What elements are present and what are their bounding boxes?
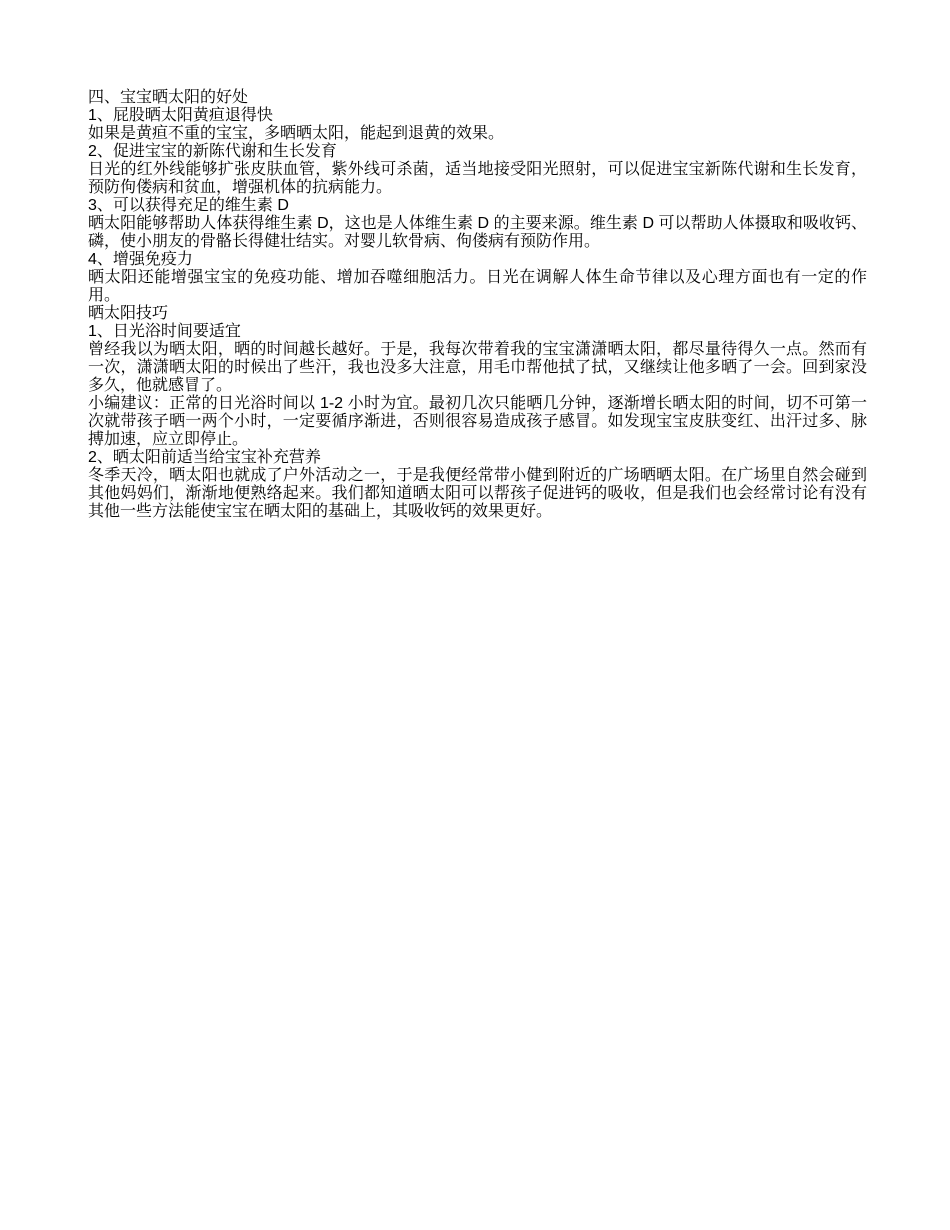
tip-2-body: 冬季天冷，晒太阳也就成了户外活动之一，于是我便经常带小健到附近的广场晒晒太阳。在…: [88, 467, 867, 521]
benefit-4-body: 晒太阳还能增强宝宝的免疫功能、增加吞噬细胞活力。日光在调解人体生命节律以及心理方…: [88, 269, 867, 305]
tip-2-heading: 2、晒太阳前适当给宝宝补充营养: [88, 449, 867, 467]
section-title-benefits: 四、宝宝晒太阳的好处: [88, 89, 867, 107]
tip-1-heading: 1、日光浴时间要适宜: [88, 323, 867, 341]
benefit-2-body: 日光的红外线能够扩张皮肤血管，紫外线可杀菌，适当地接受阳光照射，可以促进宝宝新陈…: [88, 161, 867, 197]
benefit-3-heading: 3、可以获得充足的维生素 D: [88, 197, 867, 215]
benefit-4-heading: 4、增强免疫力: [88, 251, 867, 269]
tip-1-body: 曾经我以为晒太阳，晒的时间越长越好。于是，我每次带着我的宝宝潇潇晒太阳，都尽量待…: [88, 341, 867, 395]
section-title-tips: 晒太阳技巧: [88, 305, 867, 323]
tip-1-editor-note: 小编建议：正常的日光浴时间以 1-2 小时为宜。最初几次只能晒几分钟，逐渐增长晒…: [88, 395, 867, 449]
document-page: { "page": { "background_color": "#ffffff…: [0, 0, 950, 1230]
benefit-1-body: 如果是黄疸不重的宝宝，多晒晒太阳，能起到退黄的效果。: [88, 125, 867, 143]
article-body: 四、宝宝晒太阳的好处 1、屁股晒太阳黄疸退得快 如果是黄疸不重的宝宝，多晒晒太阳…: [88, 89, 867, 521]
benefit-2-heading: 2、促进宝宝的新陈代谢和生长发育: [88, 143, 867, 161]
benefit-3-body: 晒太阳能够帮助人体获得维生素 D，这也是人体维生素 D 的主要来源。维生素 D …: [88, 215, 867, 251]
benefit-1-heading: 1、屁股晒太阳黄疸退得快: [88, 107, 867, 125]
